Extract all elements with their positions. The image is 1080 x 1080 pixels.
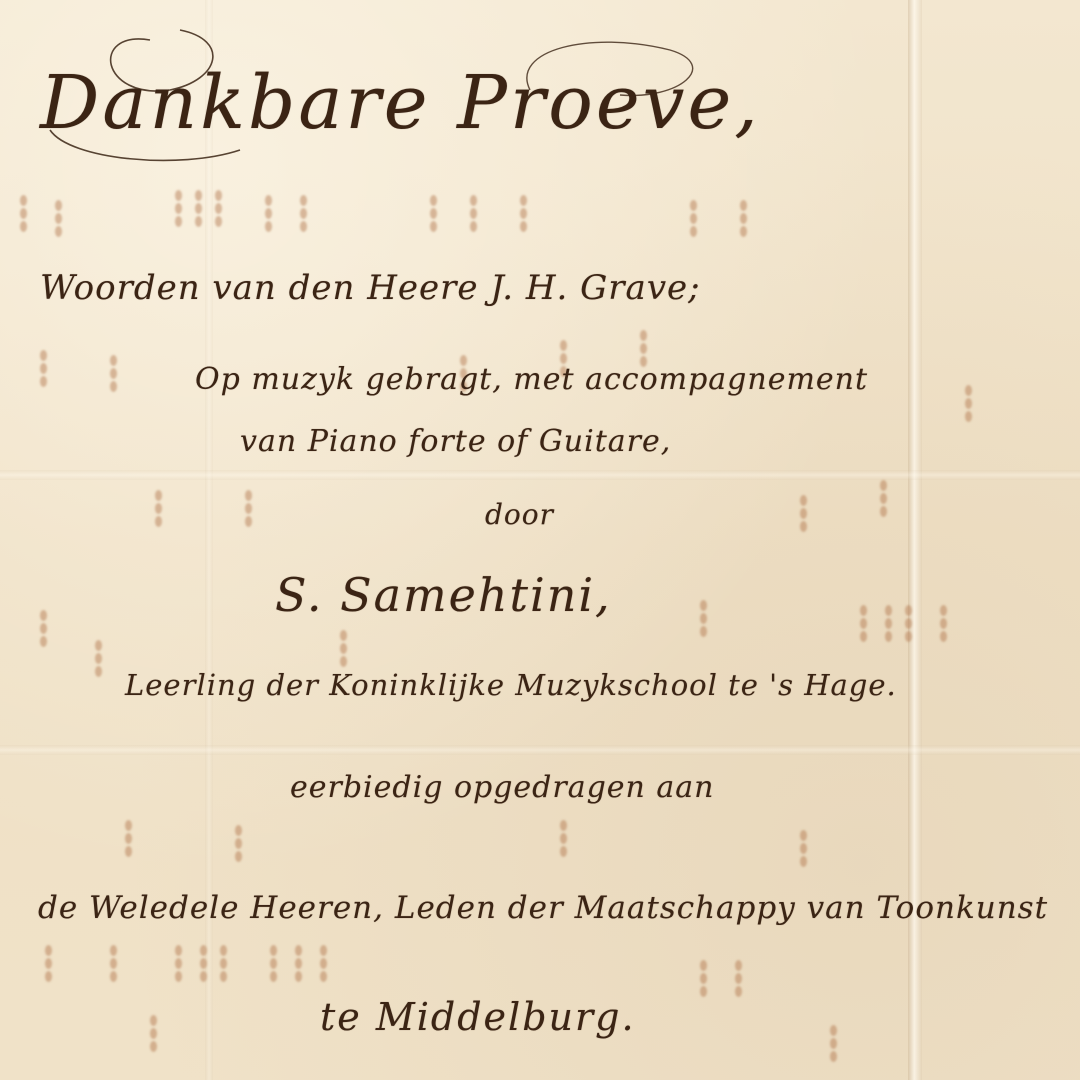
bleed-through-note xyxy=(800,521,807,532)
bleed-through-note xyxy=(55,226,62,237)
bleed-through-note xyxy=(265,208,272,219)
bleed-through-note xyxy=(470,195,477,206)
bleed-through-note xyxy=(940,631,947,642)
bleed-through-note xyxy=(340,630,347,641)
bleed-through-note xyxy=(110,958,117,969)
bleed-through-note xyxy=(270,971,277,982)
bleed-through-note xyxy=(520,195,527,206)
bleed-through-note xyxy=(470,208,477,219)
bleed-through-note xyxy=(300,208,307,219)
bleed-through-note xyxy=(740,200,747,211)
by-line: door xyxy=(485,498,554,531)
dedicatees-line: de Weledele Heeren, Leden der Maatschapp… xyxy=(38,890,1048,926)
bleed-through-note xyxy=(45,971,52,982)
bleed-through-note xyxy=(110,355,117,366)
bleed-through-note xyxy=(560,833,567,844)
bleed-through-note xyxy=(885,631,892,642)
bleed-through-note xyxy=(700,600,707,611)
instruments-line: van Piano forte of Guitare, xyxy=(240,424,671,459)
bleed-through-note xyxy=(45,945,52,956)
bleed-through-note xyxy=(235,851,242,862)
bleed-through-note xyxy=(215,203,222,214)
bleed-through-note xyxy=(125,833,132,844)
bleed-through-note xyxy=(200,958,207,969)
document-title: Dankbare Proeve, xyxy=(40,60,761,146)
bleed-through-note xyxy=(880,493,887,504)
bleed-through-note xyxy=(235,838,242,849)
bleed-through-note xyxy=(800,508,807,519)
bleed-through-note xyxy=(340,643,347,654)
bleed-through-note xyxy=(830,1051,837,1062)
bleed-through-note xyxy=(735,986,742,997)
bleed-through-note xyxy=(40,636,47,647)
bleed-through-note xyxy=(560,340,567,351)
bleed-through-note xyxy=(320,945,327,956)
bleed-through-note xyxy=(430,208,437,219)
bleed-through-note xyxy=(195,216,202,227)
bleed-through-note xyxy=(155,503,162,514)
bleed-through-note xyxy=(40,610,47,621)
manuscript-page: Dankbare Proeve, Woorden van den Heere J… xyxy=(0,0,1080,1080)
bleed-through-note xyxy=(300,221,307,232)
bleed-through-note xyxy=(270,945,277,956)
bleed-through-note xyxy=(740,226,747,237)
bleed-through-note xyxy=(905,618,912,629)
bleed-through-note xyxy=(200,971,207,982)
bleed-through-note xyxy=(560,820,567,831)
bleed-through-note xyxy=(195,190,202,201)
bleed-through-note xyxy=(220,958,227,969)
bleed-through-note xyxy=(880,506,887,517)
bleed-through-note xyxy=(860,605,867,616)
bleed-through-note xyxy=(740,213,747,224)
bleed-through-note xyxy=(175,203,182,214)
bleed-through-note xyxy=(195,203,202,214)
bleed-through-note xyxy=(235,825,242,836)
dedication-intro-line: eerbiedig opgedragen aan xyxy=(290,770,715,805)
bleed-through-note xyxy=(45,958,52,969)
bleed-through-note xyxy=(340,656,347,667)
bleed-through-note xyxy=(245,503,252,514)
bleed-through-note xyxy=(800,830,807,841)
bleed-through-note xyxy=(700,626,707,637)
bleed-through-note xyxy=(690,226,697,237)
bleed-through-note xyxy=(150,1028,157,1039)
bleed-through-note xyxy=(220,971,227,982)
bleed-through-note xyxy=(295,945,302,956)
bleed-through-note xyxy=(175,945,182,956)
bleed-through-note xyxy=(320,958,327,969)
bleed-through-note xyxy=(880,480,887,491)
bleed-through-note xyxy=(150,1041,157,1052)
bleed-through-note xyxy=(125,846,132,857)
bleed-through-note xyxy=(295,958,302,969)
bleed-through-note xyxy=(215,216,222,227)
lyricist-line: Woorden van den Heere J. H. Grave; xyxy=(40,268,701,308)
bleed-through-note xyxy=(965,398,972,409)
bleed-through-note xyxy=(430,195,437,206)
bleed-through-note xyxy=(125,820,132,831)
bleed-through-note xyxy=(735,960,742,971)
bleed-through-note xyxy=(700,973,707,984)
bleed-through-note xyxy=(20,208,27,219)
bleed-through-note xyxy=(175,190,182,201)
bleed-through-note xyxy=(905,631,912,642)
bleed-through-note xyxy=(155,516,162,527)
bleed-through-note xyxy=(800,495,807,506)
bleed-through-note xyxy=(965,411,972,422)
bleed-through-note xyxy=(110,945,117,956)
set-to-music-line: Op muzyk gebragt, met accompagnement xyxy=(195,362,868,397)
bleed-through-note xyxy=(40,376,47,387)
bleed-through-note xyxy=(110,971,117,982)
bleed-through-note xyxy=(215,190,222,201)
bleed-through-note xyxy=(940,618,947,629)
bleed-through-note xyxy=(830,1038,837,1049)
bleed-through-note xyxy=(700,960,707,971)
bleed-through-note xyxy=(175,958,182,969)
bleed-through-note xyxy=(95,666,102,677)
bleed-through-note xyxy=(95,640,102,651)
bleed-through-note xyxy=(860,631,867,642)
composer-name: S. Samehtini, xyxy=(275,568,612,622)
bleed-through-note xyxy=(265,195,272,206)
bleed-through-note xyxy=(640,343,647,354)
bleed-through-note xyxy=(270,958,277,969)
bleed-through-note xyxy=(55,213,62,224)
bleed-through-note xyxy=(95,653,102,664)
bleed-through-note xyxy=(220,945,227,956)
bleed-through-note xyxy=(295,971,302,982)
bleed-through-note xyxy=(200,945,207,956)
bleed-through-note xyxy=(640,330,647,341)
bleed-through-note xyxy=(40,363,47,374)
bleed-through-note xyxy=(520,208,527,219)
horizontal-fold-line xyxy=(0,470,1080,480)
place-line: te Middelburg. xyxy=(320,995,636,1039)
bleed-through-note xyxy=(940,605,947,616)
bleed-through-note xyxy=(265,221,272,232)
bleed-through-note xyxy=(520,221,527,232)
bleed-through-note xyxy=(885,605,892,616)
bleed-through-note xyxy=(20,221,27,232)
bleed-through-note xyxy=(175,216,182,227)
bleed-through-note xyxy=(885,618,892,629)
bleed-through-note xyxy=(690,213,697,224)
bleed-through-note xyxy=(830,1025,837,1036)
bleed-through-note xyxy=(965,385,972,396)
bleed-through-note xyxy=(110,368,117,379)
bleed-through-note xyxy=(20,195,27,206)
bleed-through-note xyxy=(150,1015,157,1026)
bleed-through-note xyxy=(800,843,807,854)
affiliation-line: Leerling der Koninklijke Muzykschool te … xyxy=(125,668,897,702)
horizontal-fold-line xyxy=(0,745,1080,755)
bleed-through-note xyxy=(155,490,162,501)
bleed-through-note xyxy=(560,846,567,857)
bleed-through-note xyxy=(245,516,252,527)
bleed-through-note xyxy=(175,971,182,982)
bleed-through-note xyxy=(320,971,327,982)
bleed-through-note xyxy=(690,200,697,211)
bleed-through-note xyxy=(110,381,117,392)
bleed-through-note xyxy=(470,221,477,232)
bleed-through-note xyxy=(55,200,62,211)
bleed-through-note xyxy=(800,856,807,867)
bleed-through-note xyxy=(860,618,867,629)
bleed-through-note xyxy=(905,605,912,616)
bleed-through-note xyxy=(430,221,437,232)
bleed-through-note xyxy=(300,195,307,206)
bleed-through-note xyxy=(735,973,742,984)
bleed-through-note xyxy=(700,613,707,624)
bleed-through-note xyxy=(40,623,47,634)
bleed-through-note xyxy=(245,490,252,501)
bleed-through-note xyxy=(700,986,707,997)
bleed-through-note xyxy=(40,350,47,361)
